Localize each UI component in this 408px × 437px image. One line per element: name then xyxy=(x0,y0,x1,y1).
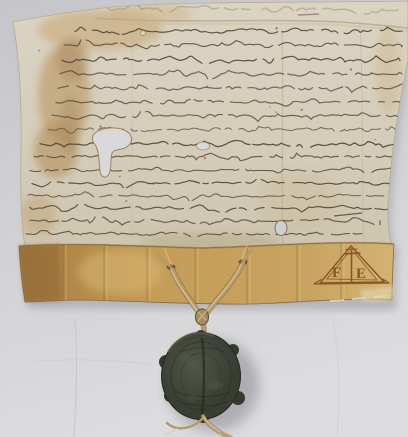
stamp-letter-F: F xyxy=(332,265,341,281)
ink-speck xyxy=(206,86,208,88)
header-underline xyxy=(298,14,319,15)
hole-above-plica xyxy=(275,221,287,236)
photo-of-parchment-charter: F E xyxy=(0,0,408,437)
ink-speck xyxy=(204,157,206,159)
ink-speck xyxy=(275,111,277,113)
ink-speck xyxy=(371,72,373,74)
cord-knot xyxy=(196,309,209,325)
ink-speck xyxy=(301,109,303,111)
ink-speck xyxy=(374,139,376,141)
ink-speck xyxy=(153,183,155,185)
ink-speck xyxy=(350,68,353,71)
ink-speck xyxy=(38,50,40,52)
ink-speck xyxy=(119,176,121,178)
pin-hole xyxy=(141,31,146,36)
stamp-letter-E: E xyxy=(356,266,366,282)
ink-speck xyxy=(125,200,127,202)
ink-speck xyxy=(275,27,278,30)
ink-speck xyxy=(269,106,270,107)
small-worm-hole xyxy=(197,142,210,150)
ink-speck xyxy=(99,125,101,127)
